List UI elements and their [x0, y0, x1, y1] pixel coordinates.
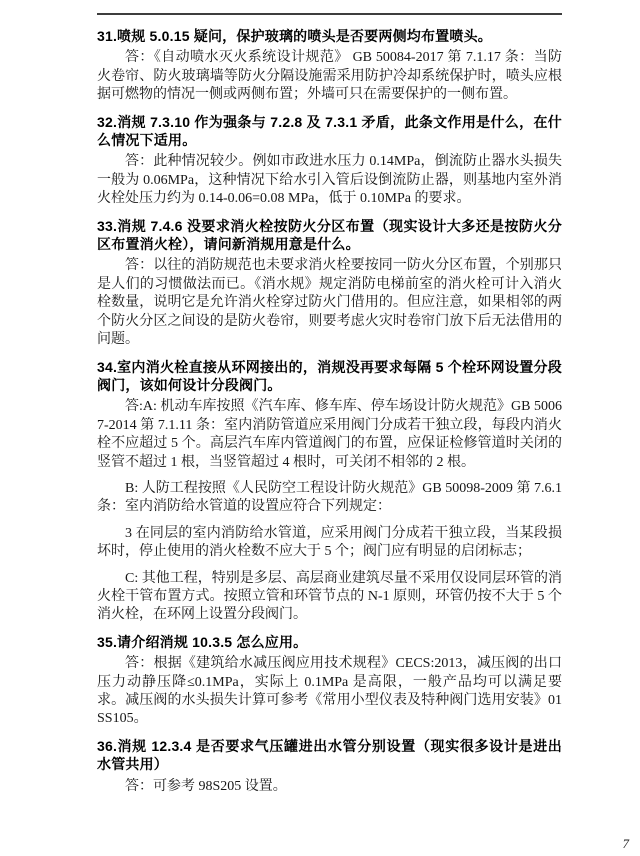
- question-34: 34.室内消火栓直接从环网接出的，消规没再要求每隔 5 个栓环网设置分段阀门，该…: [97, 358, 562, 395]
- answer-34-item-3: 3 在同层的室内消防给水管道，应采用阀门分成若干独立段，当某段损坏时，停止使用的…: [97, 525, 562, 562]
- question-31: 31.喷规 5.0.15 疑问，保护玻璃的喷头是否要两侧均布置喷头。: [97, 27, 562, 45]
- question-32: 32.消规 7.3.10 作为强条与 7.2.8 及 7.3.1 矛盾，此条文作…: [97, 113, 562, 150]
- question-33: 33.消规 7.4.6 没要求消火栓按防火分区布置（现实设计大多还是按防火分区布…: [97, 217, 562, 254]
- qa-content: 31.喷规 5.0.15 疑问，保护玻璃的喷头是否要两侧均布置喷头。 答：《自动…: [97, 27, 562, 804]
- answer-33: 答：以往的消防规范也未要求消火栓要按同一防火分区布置，个别那只是人们的习惯做法而…: [97, 257, 562, 349]
- answer-34-item-c: C: 其他工程，特别是多层、高层商业建筑尽量不采用仅设同层环管的消火栓干管布置方…: [97, 570, 562, 625]
- question-36: 36.消规 12.3.4 是否要求气压罐进出水管分别设置（现实很多设计是进出水管…: [97, 737, 562, 774]
- answer-35: 答：根据《建筑给水减压阀应用技术规程》CECS:2013，减压阀的出口压力动静压…: [97, 655, 562, 729]
- answer-34-item-a: 答:A: 机动车库按照《汽车库、修车库、停车场设计防火规范》GB 50067-2…: [97, 398, 562, 472]
- answer-31: 答：《自动喷水灭火系统设计规范》 GB 50084-2017 第 7.1.17 …: [97, 49, 562, 104]
- answer-32: 答：此种情况较少。例如市政进水压力 0.14MPa，倒流防止器水头损失一般为 0…: [97, 153, 562, 208]
- answer-34-item-b: B: 人防工程按照《人民防空工程设计防火规范》GB 50098-2009 第 7…: [97, 480, 562, 517]
- document-page: 31.喷规 5.0.15 疑问，保护玻璃的喷头是否要两侧均布置喷头。 答：《自动…: [0, 0, 640, 856]
- page-number: 7: [623, 836, 630, 852]
- header-rule: [97, 13, 562, 15]
- question-35: 35.请介绍消规 10.3.5 怎么应用。: [97, 633, 562, 651]
- answer-36: 答：可参考 98S205 设置。: [97, 778, 562, 796]
